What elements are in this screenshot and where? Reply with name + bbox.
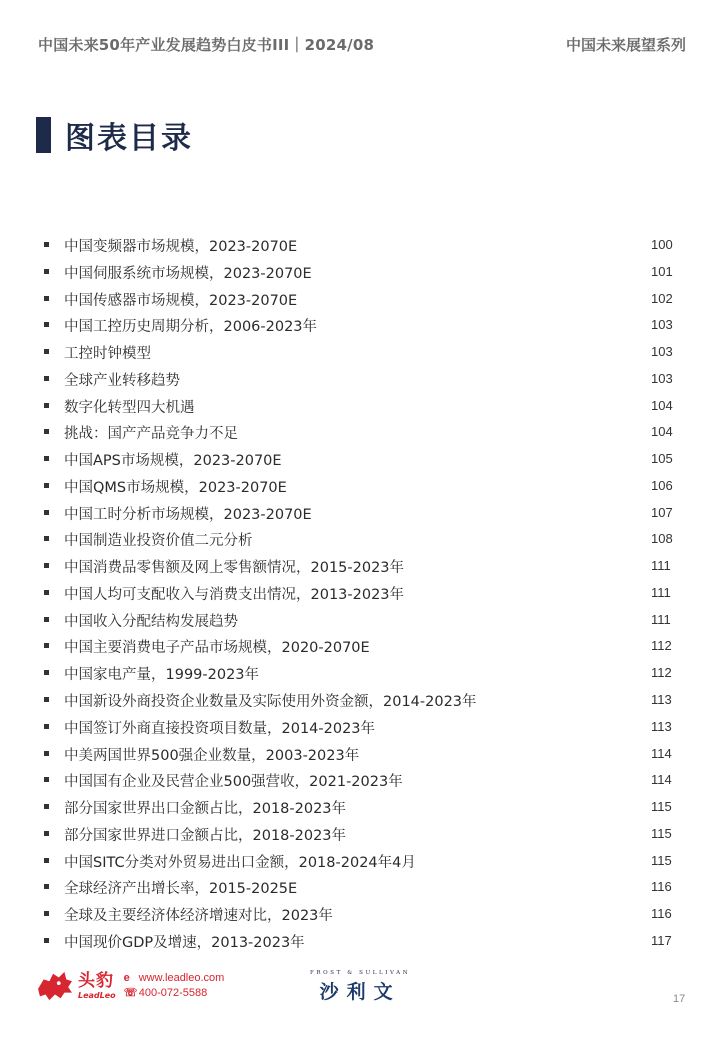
toc-entry-page[interactable]: 114 bbox=[651, 746, 672, 761]
toc-entry-page[interactable]: 113 bbox=[651, 719, 672, 734]
square-bullet-icon bbox=[44, 617, 49, 622]
square-bullet-icon bbox=[44, 429, 49, 434]
leadleo-phone-number: 400-072-5588 bbox=[139, 987, 208, 999]
toc-entry-label[interactable]: 数字化转型四大机遇 bbox=[64, 396, 195, 417]
toc-entry-label[interactable]: 中国制造业投资价值二元分析 bbox=[64, 529, 253, 550]
toc-entry-page[interactable]: 112 bbox=[651, 638, 672, 653]
toc-entry-label[interactable]: 全球及主要经济体经济增速对比，2023年 bbox=[64, 904, 333, 925]
toc-entry-label[interactable]: 工控时钟模型 bbox=[64, 342, 151, 363]
square-bullet-icon bbox=[44, 590, 49, 595]
toc-entry-page[interactable]: 116 bbox=[651, 879, 672, 894]
leadleo-name-en: LeadLeo bbox=[78, 992, 116, 1000]
toc-entry-label[interactable]: 中国国有企业及民营企业500强营收，2021-2023年 bbox=[64, 770, 403, 791]
toc-entry[interactable]: 中国消费品零售额及网上零售额情况，2015-2023年111 bbox=[0, 554, 720, 581]
square-bullet-icon bbox=[44, 777, 49, 782]
square-bullet-icon bbox=[44, 858, 49, 863]
square-bullet-icon bbox=[44, 376, 49, 381]
toc-entry-label[interactable]: 中国主要消费电子产品市场规模，2020-2070E bbox=[64, 636, 370, 657]
square-bullet-icon bbox=[44, 563, 49, 568]
square-bullet-icon bbox=[44, 349, 49, 354]
toc-entry-label[interactable]: 全球产业转移趋势 bbox=[64, 369, 180, 390]
toc-entry-page[interactable]: 116 bbox=[651, 906, 672, 921]
toc-entry[interactable]: 中国传感器市场规模，2023-2070E102 bbox=[0, 287, 720, 314]
toc-entry-label[interactable]: 中国工时分析市场规模，2023-2070E bbox=[64, 503, 312, 524]
toc-entry[interactable]: 中国签订外商直接投资项目数量，2014-2023年113 bbox=[0, 715, 720, 742]
toc-entry-label[interactable]: 部分国家世界出口金额占比，2018-2023年 bbox=[64, 797, 346, 818]
page-number: 17 bbox=[673, 993, 685, 1005]
leadleo-phone-row: ☏ 400-072-5588 bbox=[124, 986, 225, 1001]
toc-entry-page[interactable]: 102 bbox=[651, 291, 673, 306]
square-bullet-icon bbox=[44, 670, 49, 675]
square-bullet-icon bbox=[44, 751, 49, 756]
toc-entry-page[interactable]: 111 bbox=[651, 612, 671, 627]
square-bullet-icon bbox=[44, 242, 49, 247]
toc-entry[interactable]: 中国工时分析市场规模，2023-2070E107 bbox=[0, 501, 720, 528]
toc-entry[interactable]: 部分国家世界出口金额占比，2018-2023年115 bbox=[0, 795, 720, 822]
toc-entry[interactable]: 全球产业转移趋势103 bbox=[0, 367, 720, 394]
square-bullet-icon bbox=[44, 804, 49, 809]
frost-sullivan-name-en: FROST & SULLIVAN bbox=[310, 970, 410, 976]
toc-entry-page[interactable]: 113 bbox=[651, 692, 672, 707]
toc-entry-label[interactable]: 中国工控历史周期分析，2006-2023年 bbox=[64, 315, 317, 336]
toc-entry-label[interactable]: 中国SITC分类对外贸易进出口金额，2018-2024年4月 bbox=[64, 851, 416, 872]
leadleo-footer-logo: 头豹 LeadLeo e www.leadleo.com ☏ 400-072-5… bbox=[36, 970, 224, 1002]
section-heading: 图表目录 bbox=[36, 116, 193, 154]
square-bullet-icon bbox=[44, 403, 49, 408]
phone-icon: ☏ bbox=[124, 986, 136, 1001]
frost-sullivan-logo: FROST & SULLIVAN 沙利文 bbox=[310, 970, 410, 1004]
web-icon: e bbox=[124, 971, 136, 986]
toc-entry-page[interactable]: 114 bbox=[651, 772, 672, 787]
square-bullet-icon bbox=[44, 269, 49, 274]
toc-entry[interactable]: 中国人均可支配收入与消费支出情况，2013-2023年111 bbox=[0, 581, 720, 608]
square-bullet-icon bbox=[44, 697, 49, 702]
toc-entry[interactable]: 工控时钟模型103 bbox=[0, 340, 720, 367]
toc-entry-label[interactable]: 中国消费品零售额及网上零售额情况，2015-2023年 bbox=[64, 556, 404, 577]
toc-entry-label[interactable]: 中国现价GDP及增速，2013-2023年 bbox=[64, 931, 305, 952]
toc-entry-label[interactable]: 中国APS市场规模，2023-2070E bbox=[64, 449, 282, 470]
toc-entry[interactable]: 数字化转型四大机遇104 bbox=[0, 394, 720, 421]
toc-entry-label[interactable]: 中国伺服系统市场规模，2023-2070E bbox=[64, 262, 312, 283]
document-header-title: 中国未来50年产业发展趋势白皮书III｜2024/08 bbox=[38, 34, 374, 55]
toc-entry[interactable]: 中国变频器市场规模，2023-2070E100 bbox=[0, 233, 720, 260]
heading-accent-bar bbox=[36, 117, 51, 153]
toc-entry[interactable]: 中国制造业投资价值二元分析108 bbox=[0, 527, 720, 554]
toc-entry-label[interactable]: 中国传感器市场规模，2023-2070E bbox=[64, 289, 297, 310]
toc-entry-page[interactable]: 112 bbox=[651, 665, 672, 680]
square-bullet-icon bbox=[44, 938, 49, 943]
toc-entry-page[interactable]: 104 bbox=[651, 398, 673, 413]
document-series-label: 中国未来展望系列 bbox=[566, 34, 686, 55]
toc-entry[interactable]: 全球经济产出增长率，2015-2025E116 bbox=[0, 875, 720, 902]
toc-entry[interactable]: 中国APS市场规模，2023-2070E105 bbox=[0, 447, 720, 474]
figure-list: 中国变频器市场规模，2023-2070E100中国伺服系统市场规模，2023-2… bbox=[0, 233, 720, 956]
toc-entry-page[interactable]: 115 bbox=[651, 799, 672, 814]
square-bullet-icon bbox=[44, 724, 49, 729]
toc-entry-label[interactable]: 中美两国世界500强企业数量，2003-2023年 bbox=[64, 744, 359, 765]
toc-entry-page[interactable]: 101 bbox=[651, 264, 673, 279]
toc-entry-label[interactable]: 中国签订外商直接投资项目数量，2014-2023年 bbox=[64, 717, 375, 738]
toc-entry-page[interactable]: 100 bbox=[651, 237, 673, 252]
toc-entry-label[interactable]: 挑战：国产产品竞争力不足 bbox=[64, 422, 238, 443]
toc-entry-label[interactable]: 部分国家世界进口金额占比，2018-2023年 bbox=[64, 824, 346, 845]
square-bullet-icon bbox=[44, 296, 49, 301]
page-title: 图表目录 bbox=[65, 113, 193, 157]
toc-entry[interactable]: 中国工控历史周期分析，2006-2023年103 bbox=[0, 313, 720, 340]
toc-entry-page[interactable]: 107 bbox=[651, 505, 673, 520]
toc-entry-label[interactable]: 中国家电产量，1999-2023年 bbox=[64, 663, 259, 684]
square-bullet-icon bbox=[44, 483, 49, 488]
leadleo-website-row[interactable]: e www.leadleo.com bbox=[124, 971, 225, 986]
toc-entry[interactable]: 中国家电产量，1999-2023年112 bbox=[0, 661, 720, 688]
toc-entry-page[interactable]: 108 bbox=[651, 531, 673, 546]
square-bullet-icon bbox=[44, 643, 49, 648]
toc-entry-page[interactable]: 117 bbox=[651, 933, 672, 948]
toc-entry-page[interactable]: 103 bbox=[651, 317, 673, 332]
toc-entry-label[interactable]: 全球经济产出增长率，2015-2025E bbox=[64, 877, 297, 898]
toc-entry-page[interactable]: 105 bbox=[651, 451, 673, 466]
leopard-head-icon bbox=[36, 970, 74, 1002]
toc-entry[interactable]: 中国SITC分类对外贸易进出口金额，2018-2024年4月115 bbox=[0, 849, 720, 876]
square-bullet-icon bbox=[44, 831, 49, 836]
square-bullet-icon bbox=[44, 510, 49, 515]
toc-entry[interactable]: 全球及主要经济体经济增速对比，2023年116 bbox=[0, 902, 720, 929]
toc-entry[interactable]: 中国新设外商投资企业数量及实际使用外资金额，2014-2023年113 bbox=[0, 688, 720, 715]
square-bullet-icon bbox=[44, 456, 49, 461]
toc-entry-page[interactable]: 103 bbox=[651, 344, 673, 359]
leadleo-website-link[interactable]: www.leadleo.com bbox=[139, 972, 225, 984]
toc-entry-label[interactable]: 中国收入分配结构发展趋势 bbox=[64, 610, 238, 631]
square-bullet-icon bbox=[44, 536, 49, 541]
toc-entry[interactable]: 部分国家世界进口金额占比，2018-2023年115 bbox=[0, 822, 720, 849]
toc-entry[interactable]: 中国现价GDP及增速，2013-2023年117 bbox=[0, 929, 720, 956]
toc-entry-page[interactable]: 115 bbox=[651, 853, 672, 868]
square-bullet-icon bbox=[44, 911, 49, 916]
toc-entry-page[interactable]: 104 bbox=[651, 424, 673, 439]
toc-entry-label[interactable]: 中国人均可支配收入与消费支出情况，2013-2023年 bbox=[64, 583, 404, 604]
frost-sullivan-name-cn: 沙利文 bbox=[310, 977, 410, 1004]
toc-entry-label[interactable]: 中国QMS市场规模，2023-2070E bbox=[64, 476, 287, 497]
toc-entry[interactable]: 中美两国世界500强企业数量，2003-2023年114 bbox=[0, 742, 720, 769]
toc-entry[interactable]: 中国主要消费电子产品市场规模，2020-2070E112 bbox=[0, 634, 720, 661]
toc-entry[interactable]: 中国收入分配结构发展趋势111 bbox=[0, 608, 720, 635]
toc-entry-page[interactable]: 111 bbox=[651, 558, 671, 573]
toc-entry-page[interactable]: 115 bbox=[651, 826, 672, 841]
toc-entry-label[interactable]: 中国变频器市场规模，2023-2070E bbox=[64, 235, 297, 256]
toc-entry[interactable]: 中国QMS市场规模，2023-2070E106 bbox=[0, 474, 720, 501]
toc-entry-page[interactable]: 103 bbox=[651, 371, 673, 386]
toc-entry-label[interactable]: 中国新设外商投资企业数量及实际使用外资金额，2014-2023年 bbox=[64, 690, 477, 711]
toc-entry[interactable]: 中国国有企业及民营企业500强营收，2021-2023年114 bbox=[0, 768, 720, 795]
toc-entry-page[interactable]: 111 bbox=[651, 585, 671, 600]
square-bullet-icon bbox=[44, 884, 49, 889]
toc-entry[interactable]: 挑战：国产产品竞争力不足104 bbox=[0, 420, 720, 447]
leadleo-name-cn: 头豹 bbox=[78, 973, 116, 990]
toc-entry-page[interactable]: 106 bbox=[651, 478, 673, 493]
toc-entry[interactable]: 中国伺服系统市场规模，2023-2070E101 bbox=[0, 260, 720, 287]
square-bullet-icon bbox=[44, 322, 49, 327]
